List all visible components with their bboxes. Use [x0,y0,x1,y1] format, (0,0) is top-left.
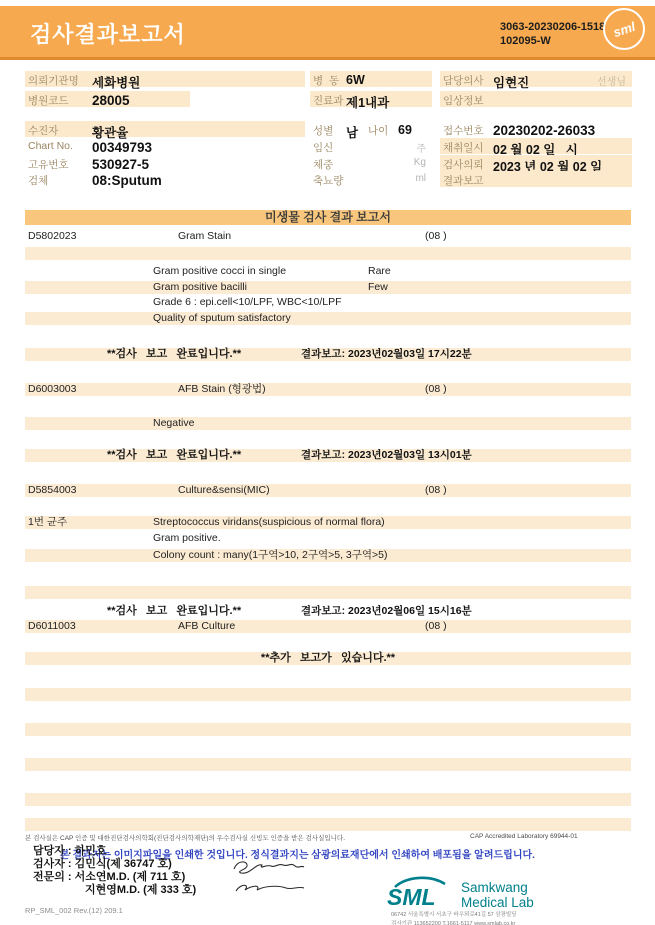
field-label: 임상정보 [443,93,484,108]
report-row: Gram positive bacilli Few [25,281,631,294]
report-row: D6011003 AFB Culture (08 ) [25,620,631,633]
report-row: Negative [25,417,631,430]
test-result: Few [368,281,388,294]
patient-info-row: 결과보고 [440,172,632,187]
patient-info-row: 축뇨량 ml [310,172,432,187]
test-name: Gram Stain [178,230,231,243]
completion-text: **검사 보고 완료입니다.** [107,449,241,462]
patient-info-row: 검체 08:Sputum [25,172,305,187]
patient-info-col-middle: 병 동 6W 진료과 제1내과 성별 남 나이 69 임신 주 체중 Kg 축뇨… [310,68,432,190]
patient-info-row: 의뢰기관명 세화병원 [25,72,305,87]
specimen-ref: (08 ) [425,484,447,497]
patient-info-row: 임신 주 [310,139,432,154]
test-code: D5802023 [28,230,76,243]
test-result: Rare [368,265,391,278]
field-label: 접수번호 [443,123,484,138]
doc-number-2: 102095-W [500,34,605,48]
patient-info-row: 채취일시 02 월 02 일 시 [440,139,632,154]
field-unit: 주 [416,140,426,155]
report-row: D6003003 AFB Stain (형광법) (08 ) [25,383,631,396]
page-title: 검사결과보고서 [30,18,186,49]
report-row [25,247,631,260]
test-code: D5854003 [28,484,76,497]
staff-manager: 담당자 : 하민호 [33,845,196,858]
specimen-ref: (08 ) [425,230,447,243]
field-label: 수진자 [28,123,58,138]
test-name: Streptococcus viridans(suspicious of nor… [153,516,385,529]
patient-info-row: 고유번호 530927-5 [25,156,305,171]
field-note: 선생님 [597,73,626,88]
test-name: Gram positive bacilli [153,281,247,294]
patient-info-row: 병 동 6W [310,72,432,87]
test-name: Culture&sensi(MIC) [178,484,270,497]
report-row: D5854003 Culture&sensi(MIC) (08 ) [25,484,631,497]
field-unit: Kg [414,157,426,168]
patient-info-row: 수진자 황관율 [25,122,305,137]
patient-info-row: 병원코드 28005 [25,92,305,107]
field-label: 병 동 [313,73,339,88]
patient-info-row: 성별 남 나이 69 [310,122,432,137]
report-row: Gram positive. [25,532,631,545]
field-value: 08:Sputum [92,173,162,188]
empty-row-band [25,818,631,831]
empty-row-band [25,723,631,736]
test-name: Gram positive cocci in single [153,265,286,278]
report-datetime: 결과보고: 2023년02월03일 17시22분 [301,348,472,361]
report-row: Quality of sputum satisfactory [25,312,631,325]
patient-info-row: 진료과 제1내과 [310,92,432,107]
empty-row-band [25,793,631,806]
staff-tester: 검사자 : 김민식(제 36747 호) [33,858,196,871]
report-row: **검사 보고 완료입니다.** 결과보고: 2023년02월03일 13시01… [25,449,631,462]
staff-specialist-2: 지현영M.D. (제 333 호) [33,884,196,897]
field-value: 20230202-26033 [493,123,595,138]
test-name: Quality of sputum satisfactory [153,312,291,325]
field-label: 진료과 [313,93,343,108]
field-label: 담당의사 [443,73,484,88]
field-label: 체중 [313,157,333,172]
sml-wordmark-icon: SML [385,876,455,910]
microbiology-report-section: 미생물 검사 결과 보고서 D5802023 Gram Stain (08 ) … [25,210,631,670]
specimen-ref: (08 ) [425,620,447,633]
patient-info-row: Chart No. 00349793 [25,139,305,154]
field-label: 병원코드 [28,93,69,108]
field-value: 6W [346,73,365,87]
field-value: 28005 [92,93,130,108]
field-label: 고유번호 [28,157,69,172]
test-code: D6003003 [28,383,76,396]
field-label: 결과보고 [443,173,484,188]
report-banner: 검사결과보고서 3063-20230206-1518 102095-W sml [0,6,655,60]
field-value: 세화병원 [92,73,140,91]
field-value: 00349793 [92,140,152,155]
cap-accreditation-notice: 본 검사실은 CAP 인증 및 대한진단검사의학회(진단검사의학재단)의 우수검… [25,833,345,842]
specimen-ref: (08 ) [425,383,447,396]
doc-number-1: 3063-20230206-1518 [500,20,605,34]
report-section-title: 미생물 검사 결과 보고서 [25,210,631,225]
field-label: 축뇨량 [313,173,343,188]
field-label: 검체 [28,173,48,188]
field-label: Chart No. [28,140,73,152]
field-value: 530927-5 [92,157,149,172]
form-code: RP_SML_002 Rev.(12) 209.1 [25,906,123,915]
lab-name: Samkwang Medical Lab [461,880,534,910]
report-datetime: 결과보고: 2023년02월03일 13시01분 [301,449,472,462]
field-label: 검사의뢰 [443,157,484,172]
test-code: 1번 균주 [28,516,67,529]
lab-address: 06742 서울특별시 서초구 바우뫼로41길 57 삼광빌딩 검사기관 113… [391,911,635,925]
patient-info-col-left: 의뢰기관명 세화병원 병원코드 28005 수진자 황관율 Chart No. … [25,68,305,190]
field-label: 채취일시 [443,140,484,155]
staff-specialist-1: 전문의 : 서소연M.D. (제 711 호) [33,871,196,884]
field-unit: ml [415,173,426,184]
report-row: **검사 보고 완료입니다.** 결과보고: 2023년02월03일 17시22… [25,348,631,361]
empty-row-band [25,758,631,771]
patient-info-row: 임상정보 [440,92,632,107]
field-label: 임신 [313,140,333,155]
report-datetime: 결과보고: 2023년02월06일 15시16분 [301,605,472,618]
test-name: Colony count : many(1구역>10, 2구역>5, 3구역>5… [153,549,388,562]
test-name: AFB Stain (형광법) [178,383,266,396]
test-name: AFB Culture [178,620,235,633]
completion-text: **검사 보고 완료입니다.** [107,348,241,361]
cap-accreditation-number: CAP Accredited Laboratory 69944-01 [470,833,578,840]
report-row: D5802023 Gram Stain (08 ) [25,230,631,243]
test-name: Gram positive. [153,532,221,545]
field-label: 성별 [313,123,333,138]
report-row: Grade 6 : epi.cell<10/LPF, WBC<10/LPF [25,296,631,309]
patient-info-row: 접수번호 20230202-26033 [440,122,632,137]
sml-circle-logo-icon: sml [603,8,645,50]
report-row: Gram positive cocci in single Rare [25,265,631,278]
patient-info-row: 담당의사 임현진 선생님 [440,72,632,87]
patient-info-row: 체중 Kg [310,156,432,171]
sml-logo-text: SML [387,884,436,910]
field-label-2: 나이 [368,123,388,138]
staff-block: 담당자 : 하민호 검사자 : 김민식(제 36747 호) 전문의 : 서소연… [33,845,196,897]
field-value-2: 69 [398,123,412,137]
test-name: Grade 6 : epi.cell<10/LPF, WBC<10/LPF [153,296,342,309]
test-code: D6011003 [28,620,76,633]
patient-info-row: 검사의뢰 2023 년 02 월 02 일 [440,156,632,171]
patient-info-col-right: 담당의사 임현진 선생님 임상정보 접수번호 20230202-26033 채취… [440,68,632,190]
completion-text: **검사 보고 완료입니다.** [107,605,241,618]
document-numbers: 3063-20230206-1518 102095-W [500,20,605,48]
lab-report-page: 검사결과보고서 3063-20230206-1518 102095-W sml … [0,0,655,925]
report-row: **검사 보고 완료입니다.** 결과보고: 2023년02월06일 15시16… [25,605,631,618]
report-row: **추가 보고가 있습니다.** [25,652,631,665]
field-value: 임현진 [493,73,529,91]
report-row: Colony count : many(1구역>10, 2구역>5, 3구역>5… [25,549,631,562]
signature-icon [228,853,348,910]
empty-row-band [25,688,631,701]
patient-info-section: 의뢰기관명 세화병원 병원코드 28005 수진자 황관율 Chart No. … [0,68,655,190]
test-name: Negative [153,417,194,430]
report-row: 1번 균주 Streptococcus viridans(suspicious … [25,516,631,529]
report-row [25,586,631,599]
field-label: 의뢰기관명 [28,73,79,88]
field-value: 제1내과 [346,93,389,111]
lab-footer: SML Samkwang Medical Lab 06742 서울특별시 서초구… [385,876,635,925]
announcement: **추가 보고가 있습니다.** [25,652,631,665]
